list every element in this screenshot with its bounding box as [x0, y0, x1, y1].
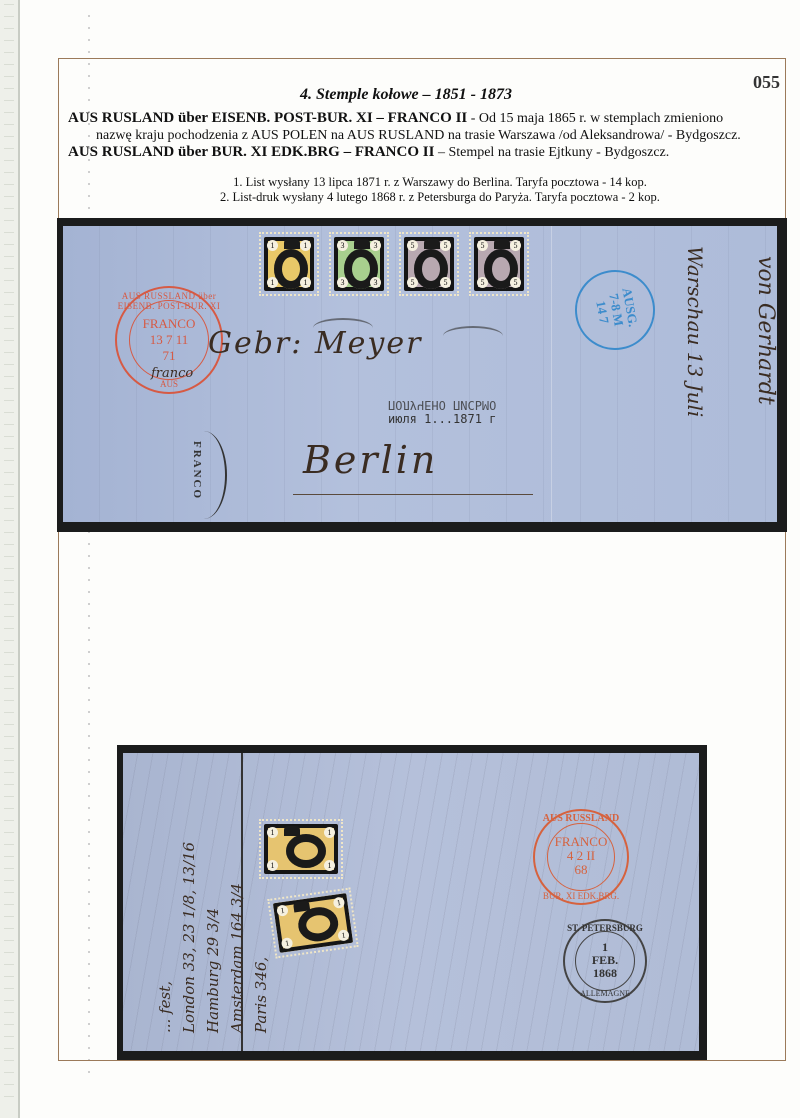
grid-cancel	[443, 326, 503, 346]
eagle-emblem-icon	[286, 834, 326, 868]
stamp-value: 1	[267, 240, 278, 251]
postmark-center: FRANCO 13 7 11 71	[117, 316, 221, 364]
description: AUS RUSLAND über EISENB. POST-BUR. XI – …	[68, 110, 788, 161]
cover-2-printed-matter: ... fest, London 33, 23 1/8, 13/16 Hambu…	[117, 745, 707, 1060]
description-line-3: AUS RUSLAND über BUR. XI EDK.BRG – FRANC…	[68, 144, 788, 161]
stamp-design: 5555	[474, 237, 524, 291]
stamp-value: 1	[267, 827, 278, 838]
stamp-design: 1111	[264, 824, 338, 874]
crown-icon	[284, 239, 300, 249]
handwriting-city: Berlin	[303, 438, 438, 482]
binder-strip	[0, 0, 19, 1118]
postmark-ring-bottom: ALLEMAGNE	[565, 989, 645, 998]
description-text-1: - Od 15 maja 1865 r. w stemplach zmienio…	[467, 111, 723, 126]
stamp-value: 5	[510, 240, 521, 251]
postmark-center: 1 FEB. 1868	[565, 941, 645, 980]
description-line-2: nazwę kraju pochodzenia z AUS POLEN na A…	[68, 127, 788, 144]
stamp-value: 3	[337, 240, 348, 251]
stamp-value: 3	[337, 277, 348, 288]
city-underline	[293, 494, 533, 495]
stamp-value: 1	[300, 277, 311, 288]
postmark-date: 4 2 II	[535, 849, 627, 863]
postage-stamp: 5555	[469, 232, 529, 296]
handwriting-line: Hamburg 29 3/4	[201, 793, 225, 1033]
printed-receipt-stamp: ПОЛУЧЕНО ПИСЬМО июля 1...1871 г	[388, 398, 496, 426]
captions: 1. List wysłany 13 lipca 1871 r. z Warsz…	[180, 175, 700, 205]
stamp-value: 1	[324, 860, 335, 871]
franco-arc-mark: FRANCO	[181, 431, 227, 519]
crown-icon	[494, 239, 510, 249]
postage-stamp: 5555	[399, 232, 459, 296]
caption-1: 1. List wysłany 13 lipca 1871 r. z Warsz…	[180, 175, 700, 190]
stamp-value: 3	[370, 277, 381, 288]
stamp-value: 5	[440, 240, 451, 251]
postmark-franco: FRANCO	[117, 316, 221, 332]
binder-holes	[4, 4, 14, 1104]
franco-text: FRANCO	[191, 441, 203, 500]
cover-2-paper: ... fest, London 33, 23 1/8, 13/16 Hambu…	[123, 753, 699, 1051]
stamp-design: 1111	[273, 893, 353, 953]
cover-1-letter: 1111333355555555 AUS RUSSLAND über EISEN…	[57, 218, 787, 532]
stamp-value: 1	[324, 827, 335, 838]
crown-icon	[354, 239, 370, 249]
postmark-year: 68	[535, 863, 627, 877]
postage-stamp: 1111	[267, 887, 359, 958]
postmark-date: 13 7 11	[117, 332, 221, 348]
stamp-value: 1	[276, 904, 288, 916]
stamp-value: 5	[407, 240, 418, 251]
handwriting-sender-date: Warschau 13 Juli	[683, 246, 707, 417]
stamp-design: 1111	[264, 237, 314, 291]
handwriting-line: Amsterdam 164 3/4	[225, 793, 249, 1033]
handwriting-line: London 33, 23 1/8, 13/16	[177, 793, 201, 1033]
stamp-value: 1	[337, 929, 349, 941]
caption-2: 2. List-druk wysłany 4 lutego 1868 r. z …	[180, 190, 700, 205]
postage-stamp: 3333	[329, 232, 389, 296]
stamp-value: 5	[407, 277, 418, 288]
postmark-year: 71	[117, 348, 221, 364]
handwriting-exchange-rates: ... fest, London 33, 23 1/8, 13/16 Hambu…	[153, 793, 273, 1033]
postage-stamp: 1111	[259, 232, 319, 296]
stamp-value: 3	[370, 240, 381, 251]
crown-icon	[284, 826, 300, 836]
red-transit-postmark: AUS RUSSLAND FRANCO 4 2 II 68 BUR. XI ED…	[533, 809, 629, 905]
postmark-ring-text: AUS RUSSLAND über EISENB. POST-BUR. XI	[117, 291, 221, 311]
stamp-value: 1	[281, 937, 293, 949]
stamp-design: 3333	[334, 237, 384, 291]
stamp-value: 1	[333, 896, 345, 908]
printed-line-2: июля 1...1871 г	[388, 412, 496, 426]
crown-icon	[424, 239, 440, 249]
postmark-year: 1868	[565, 967, 645, 980]
stamp-value: 1	[267, 277, 278, 288]
stamp-value: 1	[267, 860, 278, 871]
stamp-value: 1	[300, 240, 311, 251]
blue-arrival-postmark: AUSG. 7-8 M 14 7	[569, 264, 662, 357]
postage-stamp: 1111	[259, 819, 343, 879]
postmark-ring-bottom: BUR. XI EDK.BRG.	[535, 891, 627, 901]
page-number: 055	[753, 72, 780, 93]
handwriting-line: ... fest,	[153, 793, 177, 1033]
handwriting-addressee: Gebr: Meyer	[208, 326, 422, 361]
stamp-design: 5555	[404, 237, 454, 291]
handwriting-franco: franco	[151, 366, 193, 381]
stamp-value: 5	[440, 277, 451, 288]
postmark-name-1: AUS RUSLAND über EISENB. POST-BUR. XI – …	[68, 110, 467, 126]
fold-line	[551, 226, 552, 522]
section-title: 4. Stemple kołowe – 1851 - 1873	[300, 86, 512, 104]
postmark-center: FRANCO 4 2 II 68	[535, 835, 627, 877]
postmark-name-2: AUS RUSLAND über BUR. XI EDK.BRG – FRANC…	[68, 144, 434, 160]
binder-edge	[18, 0, 20, 1118]
postmark-franco: FRANCO	[535, 835, 627, 849]
grey-departure-postmark: ST. PETERSBURG 1 FEB. 1868 ALLEMAGNE	[563, 919, 647, 1003]
description-line-1: AUS RUSLAND über EISENB. POST-BUR. XI – …	[68, 110, 788, 127]
description-text-3: – Stempel na trasie Ejtkuny - Bydgoszcz.	[434, 145, 669, 160]
stamp-value: 5	[477, 277, 488, 288]
cover-1-paper: 1111333355555555 AUS RUSSLAND über EISEN…	[63, 226, 777, 522]
postmark-ring-text: AUS RUSSLAND	[535, 813, 627, 824]
stamp-value: 5	[477, 240, 488, 251]
printed-line-1: ПОЛУЧЕНО ПИСЬМО	[388, 398, 496, 412]
postmark-center: AUSG. 7-8 M 14 7	[589, 269, 644, 351]
handwriting-sender-name: von Gerhardt	[753, 256, 778, 405]
postmark-ring-text: ST. PETERSBURG	[565, 923, 645, 933]
stamp-value: 5	[510, 277, 521, 288]
